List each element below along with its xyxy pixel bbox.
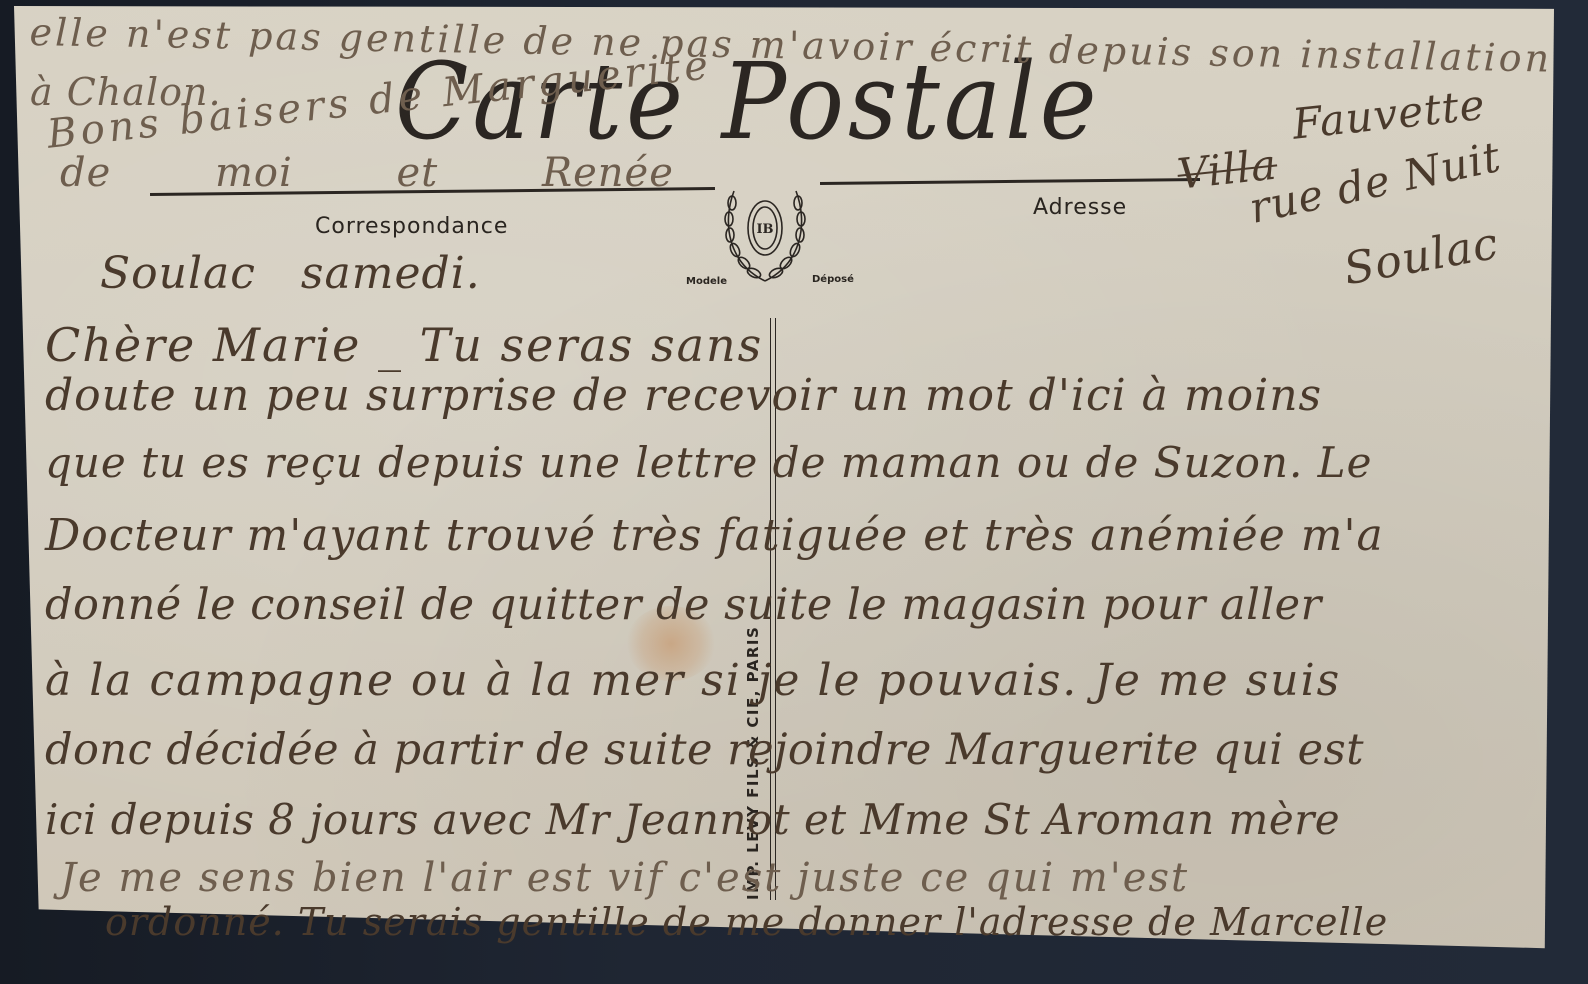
- laurel-emblem-icon: IB: [720, 183, 810, 288]
- message-line: donné le conseil de quitter de suite le …: [45, 580, 1322, 630]
- message-line: Je me sens bien l'air est vif c'est just…: [60, 855, 1189, 901]
- emblem-monogram: IB: [756, 222, 773, 237]
- message-line: donc décidée à partir de suite rejoindre…: [45, 725, 1364, 775]
- message-line: doute un peu surprise de recevoir un mot…: [45, 370, 1322, 421]
- message-line: que tu es reçu depuis une lettre de mama…: [45, 438, 1372, 487]
- correspondance-label: Correspondance: [315, 214, 508, 239]
- message-line: Docteur m'ayant trouvé très fatiguée et …: [45, 510, 1384, 561]
- place-date: Soulac samedi.: [100, 248, 481, 299]
- message-line: à la campagne ou à la mer si je le pouva…: [45, 655, 1341, 706]
- handwriting-kisses-2: de moi et Renée: [60, 150, 674, 196]
- message-line: ici depuis 8 jours avec Mr Jeannot et Mm…: [45, 795, 1340, 844]
- message-line: ordonné. Tu serais gentille de me donner…: [105, 900, 1388, 944]
- adresse-label: Adresse: [1033, 195, 1127, 220]
- modele-label: Modele: [686, 276, 727, 287]
- message-line: Chère Marie _ Tu seras sans: [45, 318, 763, 372]
- depose-label: Déposé: [812, 274, 854, 285]
- photo-scene: Carte Postale Correspondance Adresse: [0, 0, 1588, 984]
